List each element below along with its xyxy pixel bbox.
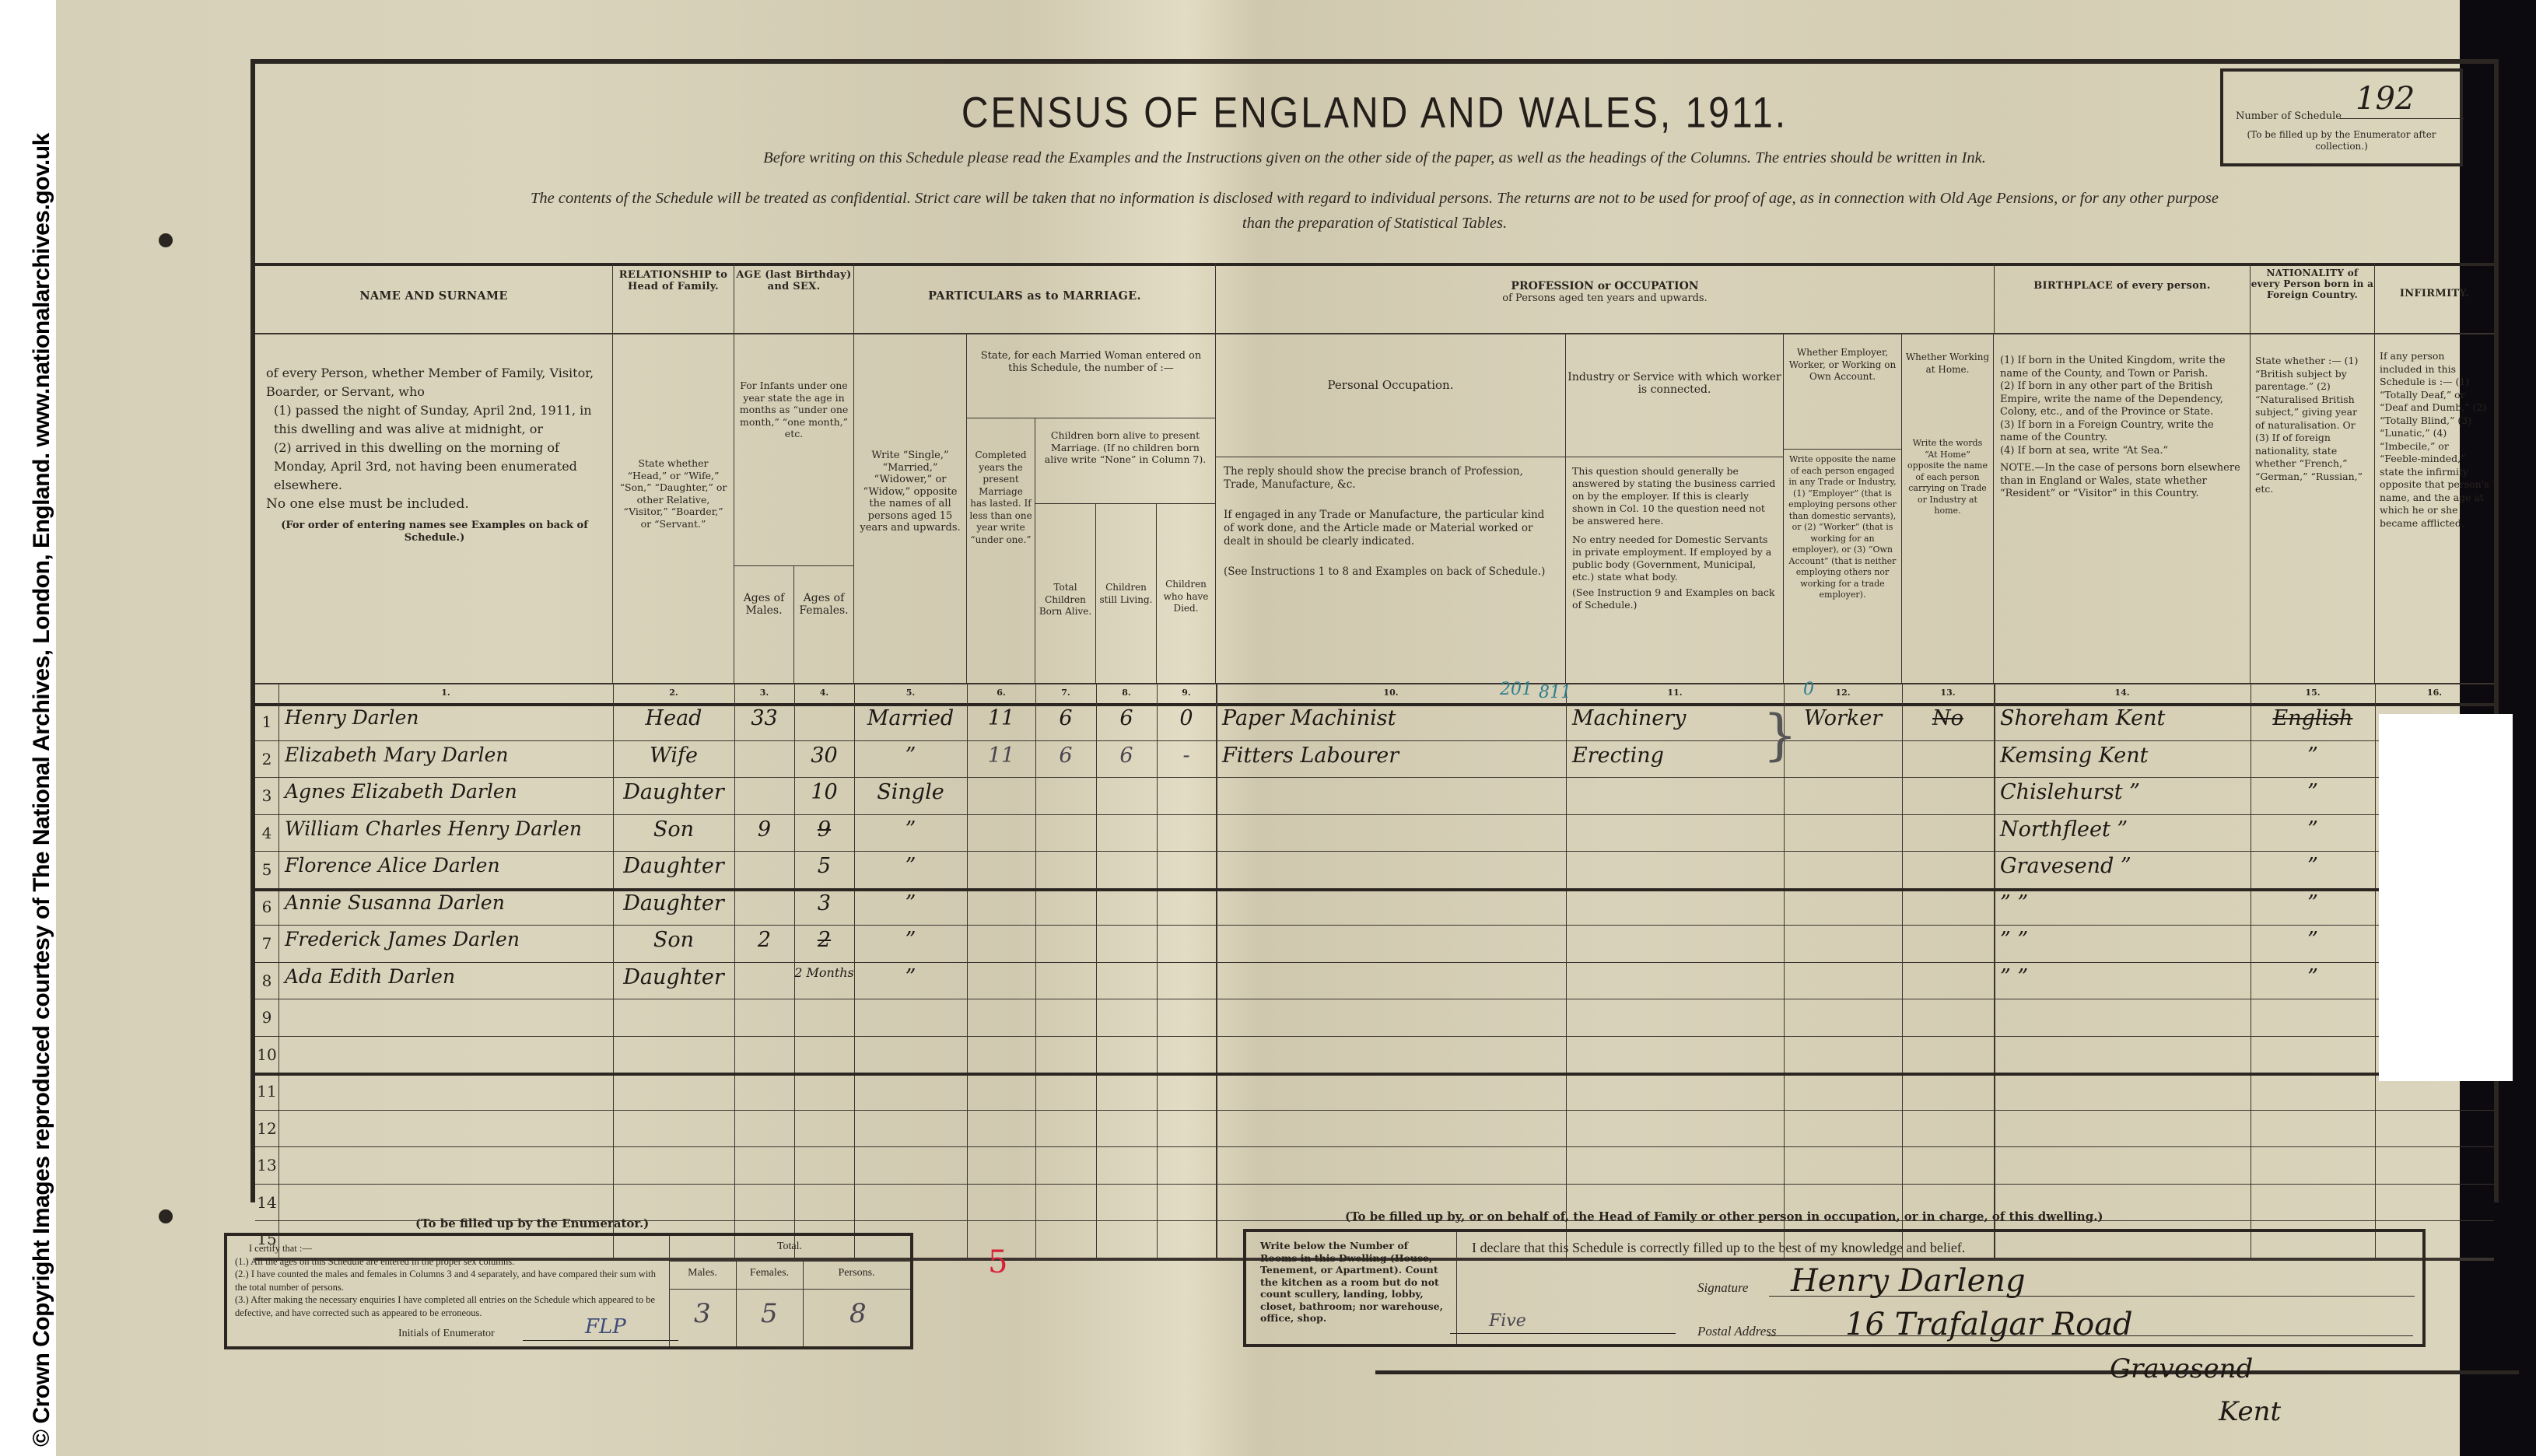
- cell-died: -: [1157, 744, 1216, 768]
- cell-nationality: ”: [2251, 817, 2375, 842]
- cell-birthplace: ” ”: [2000, 891, 2028, 915]
- cell-age-f: 30: [794, 744, 854, 768]
- cell-name: Florence Alice Darlen: [285, 854, 500, 877]
- page-title: CENSUS OF ENGLAND AND WALES, 1911.: [255, 89, 2494, 138]
- personal-desc-2: If engaged in any Trade or Manufacture, …: [1224, 509, 1557, 548]
- header-nationality: NATIONALITY of every Person born in a Fo…: [2251, 263, 2375, 333]
- cell-name: Henry Darlen: [285, 706, 419, 729]
- head-of-family-heading: (To be filled up by, or on behalf of, th…: [1345, 1209, 2103, 1223]
- enumerator-certify-text: I certify that :— (1.) All the ages on t…: [235, 1242, 663, 1319]
- personal-desc-3: (See Instructions 1 to 8 and Examples on…: [1224, 565, 1557, 579]
- total-males: 3: [694, 1298, 711, 1329]
- cell-relationship: Daughter: [613, 965, 734, 989]
- column-number: 16.: [2375, 688, 2494, 698]
- cell-relationship: Son: [613, 928, 734, 952]
- cell-industry: Machinery: [1572, 706, 1686, 730]
- red-tally-mark: 5: [988, 1244, 1007, 1280]
- header-nationality-desc: State whether :— (1) “British subject by…: [2251, 333, 2375, 683]
- row-number: 12: [255, 1119, 278, 1138]
- row-number: 1: [255, 712, 278, 731]
- cell-birthplace: Shoreham Kent: [2000, 706, 2165, 730]
- column-number: 9.: [1157, 688, 1216, 698]
- cell-relationship: Daughter: [613, 780, 734, 804]
- declaration-text: I declare that this Schedule is correctl…: [1472, 1240, 1965, 1256]
- cell-age-f: 2 Months: [794, 965, 854, 980]
- schedule-number-note: (To be filled up by the Enumerator after…: [2230, 129, 2454, 152]
- persons-label: Persons.: [803, 1267, 910, 1280]
- header-employer-desc: Write opposite the name of each person e…: [1784, 450, 1902, 683]
- header-age: AGE (last Birthday) and SEX.: [734, 263, 854, 333]
- header-home: Whether Working at Home. Write the words…: [1902, 333, 1994, 683]
- cell-relationship: Son: [613, 817, 734, 842]
- schedule-number-box: Number of Schedule 192 (To be filled up …: [2220, 68, 2463, 166]
- total-females: 5: [761, 1298, 778, 1329]
- cell-name: Ada Edith Darlen: [285, 965, 455, 988]
- name-desc-5: (For order of entering names see Example…: [266, 520, 603, 544]
- row-number: 5: [255, 860, 278, 879]
- column-number: 6.: [967, 688, 1035, 698]
- row-number: 7: [255, 934, 278, 953]
- cell-nationality: ”: [2251, 965, 2375, 989]
- row-number: 2: [255, 750, 278, 768]
- cell-birthplace: Gravesend ”: [2000, 854, 2131, 878]
- schedule-number-label: Number of Schedule: [2236, 110, 2342, 122]
- header-home-desc: Write the words “At Home” opposite the n…: [1905, 438, 1990, 517]
- cell-condition: ”: [854, 891, 967, 915]
- brace-mark: }: [1763, 703, 1798, 767]
- cell-years: 11: [967, 706, 1035, 730]
- occupation-code-annotation-2: 811: [1539, 683, 1571, 702]
- name-desc-1: of every Person, whether Member of Famil…: [266, 364, 603, 401]
- cell-birthplace: ” ”: [2000, 965, 2028, 989]
- birthplace-desc-3: (3) If born in a Foreign Country, write …: [2000, 419, 2244, 445]
- certify-item-1: (1.) All the ages on this Schedule are e…: [235, 1255, 663, 1269]
- column-number: 5.: [854, 688, 967, 698]
- header-industry: Industry or Service with which worker is…: [1566, 333, 1784, 457]
- enumerator-initials: FLP: [585, 1315, 626, 1339]
- industry-desc-3: (See Instruction 9 and Examples on back …: [1572, 586, 1777, 611]
- header-infirmity-desc: If any person included in this Schedule …: [2375, 333, 2494, 683]
- signature-label: Signature: [1697, 1280, 1748, 1296]
- females-label: Females.: [736, 1267, 803, 1280]
- row-number: 13: [255, 1156, 278, 1174]
- cell-age-m: 9: [734, 817, 794, 842]
- header-home-title: Whether Working at Home.: [1905, 352, 1990, 376]
- header-industry-desc: This question should generally be answer…: [1566, 457, 1784, 683]
- header-children-died: Children who have Died.: [1157, 504, 1216, 683]
- cell-birthplace: Northfleet ”: [2000, 817, 2128, 842]
- cell-employer: Worker: [1784, 706, 1902, 730]
- certify-label: I certify that :—: [235, 1242, 663, 1255]
- header-marriage: PARTICULARS as to MARRIAGE.: [854, 263, 1216, 333]
- header-children: Children born alive to present Marriage.…: [1035, 418, 1216, 504]
- occupation-code-annotation: 201: [1500, 680, 1532, 699]
- cell-died: 0: [1157, 706, 1216, 730]
- cell-name: Frederick James Darlen: [285, 928, 520, 950]
- birthplace-desc-2: (2) If born in any other part of the Bri…: [2000, 380, 2244, 419]
- copyright-notice: © Crown Copyright Images reproduced cour…: [28, 133, 56, 1447]
- cell-born: 6: [1035, 744, 1096, 768]
- column-number: 12.: [1784, 688, 1902, 698]
- header-occupation: PROFESSION or OCCUPATION of Persons aged…: [1216, 263, 1994, 333]
- header-relationship-desc: State whether “Head,” or “Wife,” “Son,” …: [613, 333, 734, 683]
- birthplace-desc-4: (4) If born at sea, write “At Sea.”: [2000, 445, 2244, 458]
- cell-condition: ”: [854, 965, 967, 989]
- males-label: Males.: [669, 1267, 736, 1280]
- cell-home: No: [1902, 706, 1994, 730]
- header-personal-occupation-desc: The reply should show the precise branch…: [1216, 457, 1566, 683]
- cell-relationship: Head: [613, 706, 734, 730]
- cell-nationality: ”: [2251, 854, 2375, 878]
- rooms-instruction: Write below the Number of Rooms in this …: [1260, 1240, 1447, 1325]
- header-married-woman: State, for each Married Woman entered on…: [967, 333, 1216, 418]
- column-number: 15.: [2251, 688, 2375, 698]
- schedule-number: 192: [2340, 79, 2464, 119]
- cell-relationship: Wife: [613, 744, 734, 768]
- cell-age-m: 33: [734, 706, 794, 730]
- copyright-strip: © Crown Copyright Images reproduced cour…: [0, 0, 56, 1456]
- total-label: Total.: [669, 1241, 910, 1254]
- column-number: 7.: [1035, 688, 1096, 698]
- number-of-rooms: Five: [1489, 1311, 1526, 1331]
- column-number: 4.: [794, 688, 854, 698]
- header-children-living: Children still Living.: [1096, 504, 1157, 683]
- column-number: 2.: [613, 688, 734, 698]
- header-occupation-title: PROFESSION or OCCUPATION: [1216, 280, 1994, 292]
- row-number: 3: [255, 786, 278, 805]
- header-marriage-condition: Write “Single,” “Married,” “Widower,” or…: [854, 333, 967, 683]
- cell-condition: ”: [854, 928, 967, 952]
- header-infirmity: INFIRMITY.: [2375, 263, 2494, 333]
- cell-relationship: Daughter: [613, 854, 734, 878]
- header-name: NAME AND SURNAME: [255, 263, 613, 333]
- total-persons: 8: [849, 1298, 867, 1329]
- cell-condition: ”: [854, 854, 967, 878]
- postal-address-line-3: Kent: [2219, 1396, 2281, 1427]
- row-number: 4: [255, 824, 278, 842]
- bottom-rule: [1375, 1370, 2519, 1374]
- cell-condition: ”: [854, 817, 967, 842]
- birthplace-note: NOTE.—In the case of persons born elsewh…: [2000, 462, 2244, 501]
- cell-nationality: ”: [2251, 891, 2375, 915]
- cell-birthplace: ” ”: [2000, 928, 2028, 952]
- cell-living: 6: [1096, 744, 1157, 768]
- column-number: 1.: [278, 688, 613, 698]
- header-age-males: Ages of Males.: [734, 566, 794, 683]
- punch-hole: [159, 1209, 173, 1223]
- row-number: 11: [255, 1082, 278, 1101]
- head-signature: Henry Darleng: [1791, 1263, 2026, 1299]
- cell-age-f: 3: [794, 891, 854, 915]
- cell-condition: ”: [854, 744, 967, 768]
- header-children-total: Total Children Born Alive.: [1035, 504, 1096, 683]
- cell-nationality: ”: [2251, 744, 2375, 768]
- cell-nationality: ”: [2251, 928, 2375, 952]
- row-number: 8: [255, 971, 278, 990]
- header-personal-occupation: Personal Occupation.: [1216, 333, 1566, 457]
- personal-desc-1: The reply should show the precise branch…: [1224, 465, 1557, 492]
- cell-name: William Charles Henry Darlen: [285, 817, 582, 840]
- cell-birthplace: Kemsing Kent: [2000, 744, 2148, 768]
- cell-age-f: 5: [794, 854, 854, 878]
- redacted-area: [2379, 714, 2513, 1081]
- cell-occupation: Paper Machinist: [1222, 706, 1396, 730]
- cell-nationality: English: [2251, 706, 2375, 730]
- cell-age-f: 10: [794, 780, 854, 804]
- cell-age-f: 9: [794, 817, 854, 842]
- instruction-line-3: than the preparation of Statistical Tabl…: [255, 215, 2494, 233]
- cell-industry: Erecting: [1572, 744, 1664, 768]
- header-relationship: RELATIONSHIP to Head of Family.: [613, 263, 734, 333]
- enumerator-heading: (To be filled up by the Enumerator.): [415, 1216, 649, 1230]
- column-number: 14.: [1994, 688, 2251, 698]
- instruction-line-1: Before writing on this Schedule please r…: [255, 149, 2494, 167]
- certify-item-2: (2.) I have counted the males and female…: [235, 1268, 663, 1293]
- header-birthplace: BIRTHPLACE of every person.: [1994, 263, 2251, 333]
- postal-address-line-1: 16 Trafalgar Road: [1845, 1307, 2133, 1342]
- name-desc-4: No one else must be included.: [266, 495, 603, 513]
- census-schedule-paper: CENSUS OF ENGLAND AND WALES, 1911. Befor…: [56, 0, 2460, 1456]
- postal-address-line-2: Gravesend: [2110, 1353, 2253, 1384]
- header-age-females: Ages of Females.: [794, 566, 854, 683]
- instruction-line-2: The contents of the Schedule will be tre…: [255, 190, 2494, 208]
- cell-occupation: Fitters Labourer: [1222, 744, 1399, 768]
- schedule-sheet: CENSUS OF ENGLAND AND WALES, 1911. Befor…: [250, 59, 2499, 1202]
- cell-name: Elizabeth Mary Darlen: [285, 744, 509, 766]
- header-occupation-subtitle: of Persons aged ten years and upwards.: [1216, 292, 1994, 304]
- industry-desc-1: This question should generally be answer…: [1572, 465, 1777, 527]
- column-number: 11.: [1566, 688, 1784, 698]
- cell-condition: Single: [854, 780, 967, 804]
- cell-condition: Married: [854, 706, 967, 730]
- column-number: 13.: [1902, 688, 1994, 698]
- cell-name: Annie Susanna Darlen: [285, 891, 505, 914]
- name-desc-2: (1) passed the night of Sunday, April 2n…: [266, 401, 603, 439]
- cell-age-f: 2: [794, 928, 854, 952]
- enumerator-certificate-box: I certify that :— (1.) All the ages on t…: [224, 1233, 913, 1349]
- cell-birthplace: Chislehurst ”: [2000, 780, 2140, 804]
- initials-label: Initials of Enumerator: [398, 1328, 495, 1341]
- postal-address-label: Postal Address: [1697, 1324, 1777, 1339]
- cell-living: 6: [1096, 706, 1157, 730]
- header-name-desc: of every Person, whether Member of Famil…: [255, 333, 613, 683]
- birthplace-desc-1: (1) If born in the United Kingdom, write…: [2000, 355, 2244, 380]
- row-number: 14: [255, 1193, 278, 1212]
- row-number: 10: [255, 1045, 278, 1064]
- header-age-desc: For Infants under one year state the age…: [734, 333, 854, 566]
- punch-hole: [159, 233, 173, 247]
- row-number: 6: [255, 898, 278, 916]
- cell-name: Agnes Elizabeth Darlen: [285, 780, 517, 803]
- head-declaration-box: Write below the Number of Rooms in this …: [1243, 1229, 2426, 1347]
- employer-code-annotation: 0: [1803, 680, 1814, 699]
- cell-relationship: Daughter: [613, 891, 734, 915]
- cell-age-m: 2: [734, 928, 794, 952]
- header-birthplace-desc: (1) If born in the United Kingdom, write…: [1994, 333, 2251, 683]
- industry-desc-2: No entry needed for Domestic Servants in…: [1572, 534, 1777, 583]
- name-desc-3: (2) arrived in this dwelling on the morn…: [266, 439, 603, 495]
- header-employer: Whether Employer, Worker, or Working on …: [1784, 333, 1902, 450]
- cell-nationality: ”: [2251, 780, 2375, 804]
- row-number: 9: [255, 1008, 278, 1027]
- cell-born: 6: [1035, 706, 1096, 730]
- column-number: 3.: [734, 688, 794, 698]
- column-number: 8.: [1096, 688, 1157, 698]
- header-marriage-years: Completed years the present Marriage has…: [967, 418, 1035, 683]
- cell-years: 11: [967, 744, 1035, 768]
